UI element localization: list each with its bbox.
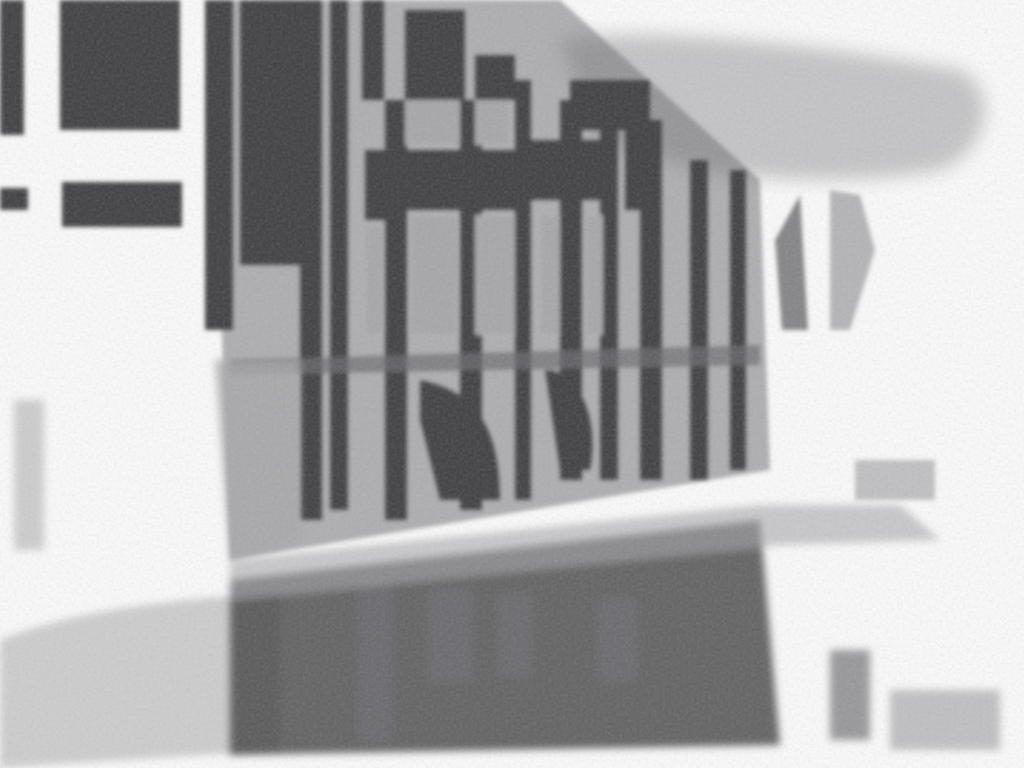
photo-canvas [0, 0, 1024, 768]
film-grain [0, 0, 1024, 768]
photograph [0, 0, 1024, 768]
